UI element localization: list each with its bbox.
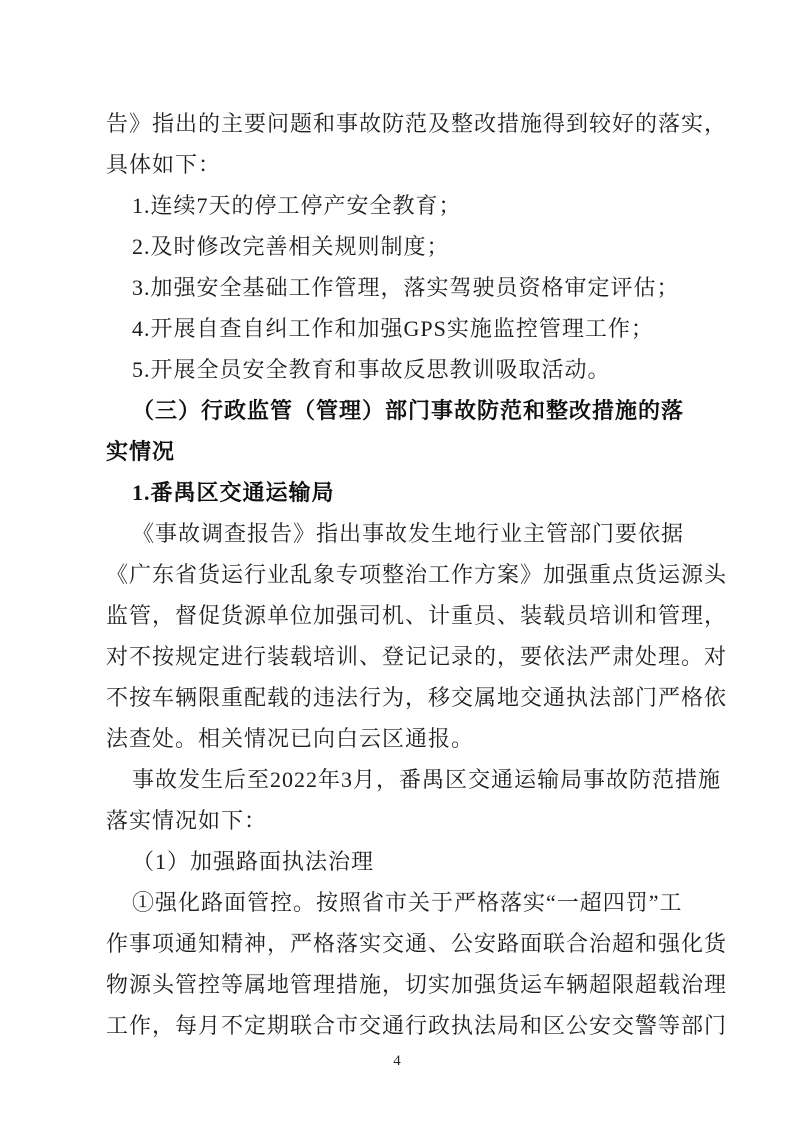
document-line: （1）加强路面执法治理 xyxy=(106,841,746,882)
document-line: 4.开展自查自纠工作和加强GPS实施监控管理工作； xyxy=(106,308,746,349)
document-line: 《广东省货运行业乱象专项整治工作方案》加强重点货运源头 xyxy=(106,554,746,595)
document-line: 作事项通知精神，严格落实交通、公安路面联合治超和强化货 xyxy=(106,923,746,964)
document-line: 事故发生后至2022年3月，番禺区交通运输局事故防范措施 xyxy=(106,759,746,800)
document-line: 1.连续7天的停工停产安全教育； xyxy=(106,185,746,226)
document-body: 告》指出的主要问题和事故防范及整改措施得到较好的落实，具体如下：1.连续7天的停… xyxy=(106,103,746,1046)
document-line: 2.及时修改完善相关规则制度； xyxy=(106,226,746,267)
page-number: 4 xyxy=(393,1053,401,1069)
document-line: 监管，督促货源单位加强司机、计重员、装载员培训和管理， xyxy=(106,595,746,636)
document-line: ①强化路面管控。按照省市关于严格落实“一超四罚”工 xyxy=(106,882,746,923)
document-line: 1.番禺区交通运输局 xyxy=(106,472,746,513)
document-line: 落实情况如下： xyxy=(106,800,746,841)
document-line: （三）行政监管（管理）部门事故防范和整改措施的落 xyxy=(106,390,746,431)
document-line: 告》指出的主要问题和事故防范及整改措施得到较好的落实， xyxy=(106,103,746,144)
document-line: 5.开展全员安全教育和事故反思教训吸取活动。 xyxy=(106,349,746,390)
document-line: 实情况 xyxy=(106,431,746,472)
document-line: 具体如下： xyxy=(106,144,746,185)
document-line: 3.加强安全基础工作管理，落实驾驶员资格审定评估； xyxy=(106,267,746,308)
page-footer: 4 xyxy=(0,1052,794,1070)
document-line: 工作，每月不定期联合市交通行政执法局和区公安交警等部门 xyxy=(106,1005,746,1046)
document-line: 对不按规定进行装载培训、登记记录的，要依法严肃处理。对 xyxy=(106,636,746,677)
document-page: 告》指出的主要问题和事故防范及整改措施得到较好的落实，具体如下：1.连续7天的停… xyxy=(0,0,794,1123)
document-line: 《事故调查报告》指出事故发生地行业主管部门要依据 xyxy=(106,513,746,554)
document-line: 物源头管控等属地管理措施，切实加强货运车辆超限超载治理 xyxy=(106,964,746,1005)
document-line: 法查处。相关情况已向白云区通报。 xyxy=(106,718,746,759)
document-line: 不按车辆限重配载的违法行为，移交属地交通执法部门严格依 xyxy=(106,677,746,718)
